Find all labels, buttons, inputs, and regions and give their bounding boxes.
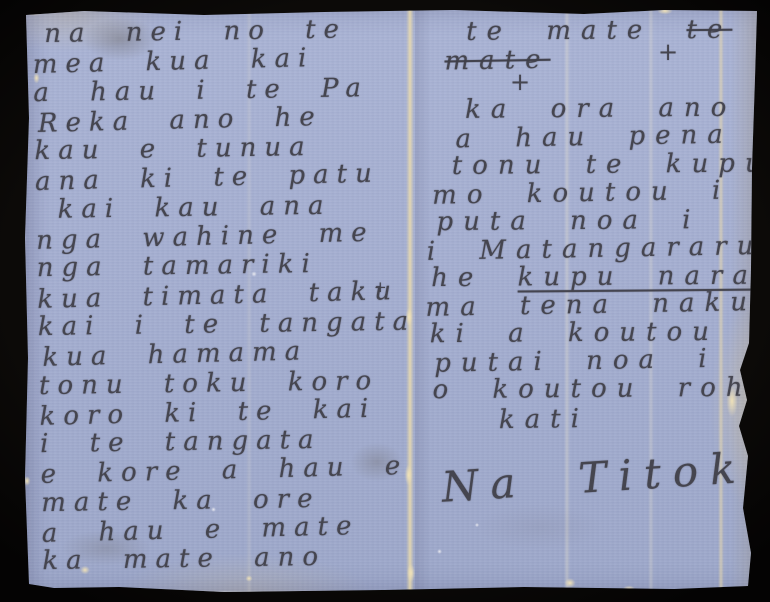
correction-mark-plus-3: + [374, 280, 387, 295]
handwritten-segment: te [686, 15, 732, 45]
handwritten-line: mate [444, 42, 762, 76]
right-lines: te mate temateka ora anoa hau penatonu t… [422, 15, 767, 405]
paper-fleck [474, 522, 480, 528]
handwritten-segment: te mate [466, 15, 687, 47]
handwritten-segment: ka mate ano [42, 542, 326, 576]
handwritten-line: ka mate ano [42, 542, 414, 577]
handwritten-segment: o koutou rohe [432, 372, 770, 405]
handwritten-line: mo koutou i [432, 176, 764, 210]
handwritten-line: o koutou rohe [432, 374, 766, 405]
worn-speck [20, 4, 48, 18]
worn-speck [562, 576, 578, 590]
handwritten-line: te mate te [466, 15, 762, 45]
signature: Na Titoko [440, 442, 768, 512]
letter-paper: na nei no temea kua kaia hau i te PaReka… [24, 8, 760, 592]
handwritten-segment: he [431, 263, 518, 294]
worn-speck [22, 474, 32, 488]
right-column-text: te mate temateka ora anoa hau penatonu t… [422, 15, 768, 512]
worn-speck [620, 584, 638, 594]
closing-word: kati [499, 402, 767, 435]
left-column-text: na nei no temea kua kaia hau i te PaReka… [32, 14, 415, 578]
correction-mark-plus-2: + [510, 70, 530, 94]
photo-stage: na nei no temea kua kaia hau i te PaReka… [0, 0, 770, 602]
worn-speck [244, 574, 254, 583]
paper-fleck [436, 548, 443, 555]
handwritten-segment: mate [444, 45, 551, 77]
correction-mark-plus-1: + [658, 40, 678, 64]
